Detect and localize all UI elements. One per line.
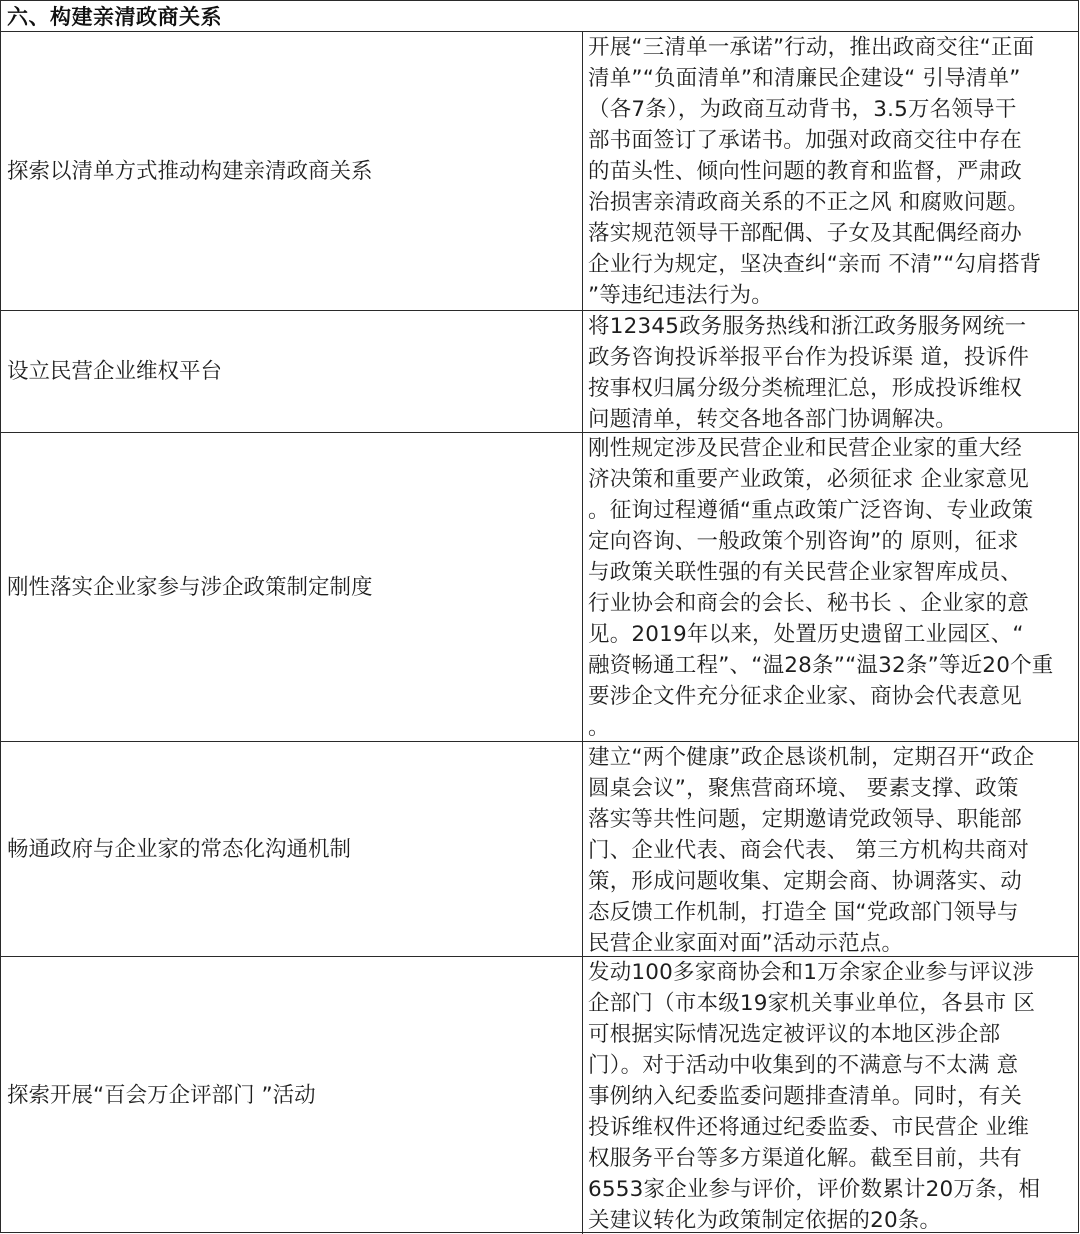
- table-row: 探索以清单方式推动构建亲清政商关系 开展“三清单一承诺”行动，推出政商交往“正面…: [1, 32, 1078, 311]
- detail-line: 权服务平台等多方渠道化解。截至目前，共有: [588, 1143, 1076, 1174]
- table-row: 畅通政府与企业家的常态化沟通机制 建立“两个健康”政企恳谈机制，定期召开“政企 …: [1, 742, 1078, 957]
- detail-line: 按事权归属分级分类梳理汇总，形成投诉维权: [588, 373, 1076, 404]
- detail-line: 落实规范领导干部配偶、子女及其配偶经商办: [588, 218, 1076, 249]
- detail-line: 行业协会和商会的会长、秘书长 、企业家的意: [588, 588, 1076, 619]
- detail-line: 治损害亲清政商关系的不正之风 和腐败问题。: [588, 187, 1076, 218]
- detail-line: 发动100多家商协会和1万余家企业参与评议涉: [588, 957, 1076, 988]
- detail-line: 企业行为规定，坚决查纠“亲而 不清”“勾肩搭背: [588, 249, 1076, 280]
- detail-line: 要涉企文件充分征求企业家、商协会代表意见: [588, 681, 1076, 712]
- detail-line: 门）。对于活动中收集到的不满意与不太满 意: [588, 1050, 1076, 1081]
- detail-line: 态反馈工作机制，打造全 国“党政部门领导与: [588, 897, 1076, 928]
- detail-line: 门、企业代表、商会代表、 第三方机构共商对: [588, 835, 1076, 866]
- detail-cell: 刚性规定涉及民营企业和民营企业家的重大经 济决策和重要产业政策，必须征求 企业家…: [584, 433, 1080, 741]
- detail-line: 部书面签订了承诺书。加强对政商交往中存在: [588, 125, 1076, 156]
- table-row: 探索开展“百会万企评部门 ”活动 发动100多家商协会和1万余家企业参与评议涉 …: [1, 957, 1078, 1234]
- detail-line: 事例纳入纪委监委问题排查清单。同时，有关: [588, 1081, 1076, 1112]
- detail-line: 关建议转化为政策制定依据的20条。: [588, 1205, 1076, 1234]
- measure-label: 探索以清单方式推动构建亲清政商关系: [7, 156, 373, 187]
- detail-line: 企部门（市本级19家机关事业单位，各县市 区: [588, 988, 1076, 1019]
- detail-cell: 开展“三清单一承诺”行动，推出政商交往“正面 清单”“负面清单”和清廉民企建设“…: [584, 32, 1080, 310]
- detail-cell: 将12345政务服务热线和浙江政务服务网统一 政务咨询投诉举报平台作为投诉渠 道…: [584, 311, 1080, 432]
- detail-line: 可根据实际情况选定被评议的本地区涉企部: [588, 1019, 1076, 1050]
- detail-line: 。: [588, 712, 1076, 741]
- measure-cell: 刚性落实企业家参与涉企政策制定制度: [1, 433, 583, 741]
- measure-cell: 探索开展“百会万企评部门 ”活动: [1, 957, 583, 1234]
- detail-line: 民营企业家面对面”活动示范点。: [588, 928, 1076, 956]
- detail-line: 策，形成问题收集、定期会商、协调落实、动: [588, 866, 1076, 897]
- detail-line: 投诉维权件还将通过纪委监委、市民营企 业维: [588, 1112, 1076, 1143]
- detail-line: ”等违纪违法行为。: [588, 280, 1076, 310]
- detail-line: 开展“三清单一承诺”行动，推出政商交往“正面: [588, 32, 1076, 63]
- detail-line: 刚性规定涉及民营企业和民营企业家的重大经: [588, 433, 1076, 464]
- section-header-row: 六、构建亲清政商关系: [1, 1, 1078, 32]
- detail-line: 建立“两个健康”政企恳谈机制，定期召开“政企: [588, 742, 1076, 773]
- detail-line: 。征询过程遵循“重点政策广泛咨询、专业政策: [588, 495, 1076, 526]
- measure-label: 刚性落实企业家参与涉企政策制定制度: [7, 572, 373, 603]
- detail-line: 的苗头性、倾向性问题的教育和监督，严肃政: [588, 156, 1076, 187]
- detail-line: 清单”“负面清单”和清廉民企建设“ 引导清单”: [588, 63, 1076, 94]
- section-title: 六、构建亲清政商关系: [7, 3, 222, 31]
- measure-cell: 设立民营企业维权平台: [1, 311, 583, 432]
- detail-line: 落实等共性问题，定期邀请党政领导、职能部: [588, 804, 1076, 835]
- detail-line: 圆桌会议”，聚焦营商环境、 要素支撑、政策: [588, 773, 1076, 804]
- measure-label: 畅通政府与企业家的常态化沟通机制: [7, 834, 351, 865]
- detail-line: （各7条），为政商互动背书，3.5万名领导干: [588, 94, 1076, 125]
- detail-line: 政务咨询投诉举报平台作为投诉渠 道，投诉件: [588, 342, 1076, 373]
- measure-cell: 探索以清单方式推动构建亲清政商关系: [1, 32, 583, 310]
- measure-label: 设立民营企业维权平台: [7, 356, 222, 387]
- detail-line: 6553家企业参与评价，评价数累计20万条，相: [588, 1174, 1076, 1205]
- detail-line: 定向咨询、一般政策个别咨询”的 原则，征求: [588, 526, 1076, 557]
- detail-line: 融资畅通工程”、“温28条”“温32条”等近20个重: [588, 650, 1076, 681]
- detail-cell: 建立“两个健康”政企恳谈机制，定期召开“政企 圆桌会议”，聚焦营商环境、 要素支…: [584, 742, 1080, 956]
- measure-label: 探索开展“百会万企评部门 ”活动: [7, 1080, 316, 1111]
- detail-cell: 发动100多家商协会和1万余家企业参与评议涉 企部门（市本级19家机关事业单位，…: [584, 957, 1080, 1234]
- detail-line: 将12345政务服务热线和浙江政务服务网统一: [588, 311, 1076, 342]
- detail-line: 济决策和重要产业政策，必须征求 企业家意见: [588, 464, 1076, 495]
- measure-cell: 畅通政府与企业家的常态化沟通机制: [1, 742, 583, 956]
- table-row: 设立民营企业维权平台 将12345政务服务热线和浙江政务服务网统一 政务咨询投诉…: [1, 311, 1078, 433]
- detail-line: 与政策关联性强的有关民营企业家智库成员、: [588, 557, 1076, 588]
- detail-line: 问题清单，转交各地各部门协调解决。: [588, 404, 1076, 432]
- policy-table: 六、构建亲清政商关系 探索以清单方式推动构建亲清政商关系 开展“三清单一承诺”行…: [0, 0, 1079, 1233]
- table-row: 刚性落实企业家参与涉企政策制定制度 刚性规定涉及民营企业和民营企业家的重大经 济…: [1, 433, 1078, 742]
- detail-line: 见。2019年以来，处置历史遗留工业园区、“: [588, 619, 1076, 650]
